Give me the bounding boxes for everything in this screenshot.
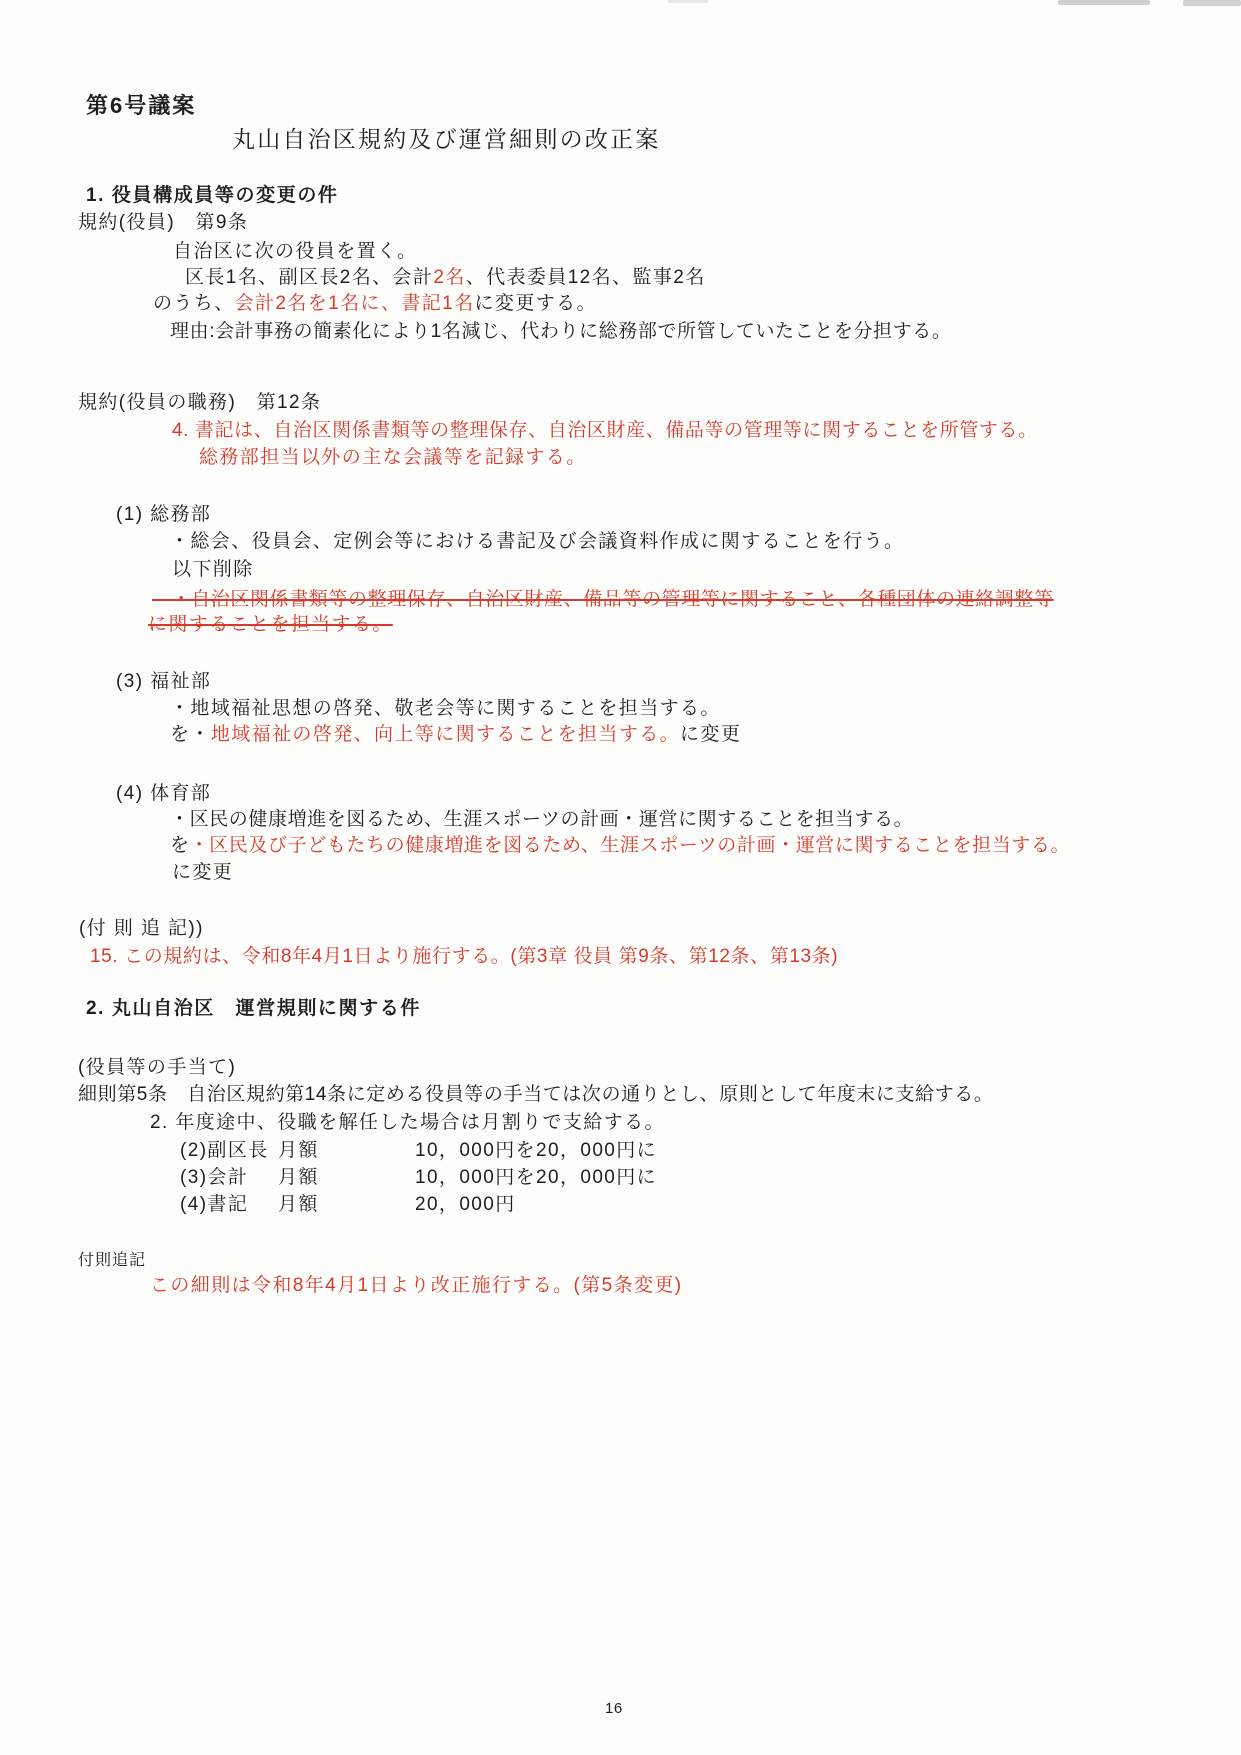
- allowance-row: (4)書記月額20，000円: [180, 1193, 516, 1217]
- text-segment: 区長1名、副区長2名、会計: [185, 267, 433, 288]
- article9-heading: 規約(役員) 第9条: [78, 211, 248, 235]
- allowance-amount: 10，000円を20，000円に: [415, 1167, 657, 1188]
- allowance-row: (2)副区長月額10，000円を20，000円に: [180, 1139, 657, 1163]
- article12-item4-revision: 4. 書記は、自治区関係書類等の整理保存、自治区財産、備品等の管理等に関すること…: [172, 419, 1038, 443]
- rule5-line: 細則第5条 自治区規約第14条に定める役員等の手当ては次の通りとし、原則として年…: [78, 1083, 994, 1107]
- rule-supplementary-heading: 付則追記: [78, 1251, 146, 1271]
- text-segment: に変更: [680, 724, 741, 745]
- allowance-row: (3)会計月額10，000円を20，000円に: [180, 1166, 657, 1190]
- article12-heading: 規約(役員の職務) 第12条: [78, 391, 321, 415]
- text-segment: に変更する。: [475, 293, 597, 314]
- allowance-role: (4)書記: [180, 1193, 278, 1217]
- document-title: 丸山自治区規約及び運営細則の改正案: [232, 125, 660, 154]
- deleted-text-line1: ・自治区関係書類等の整理保存、自治区財産、備品等の管理等に関すること、各種団体の…: [152, 588, 1054, 612]
- section2-heading: 2. 丸山自治区 運営規則に関する件: [86, 997, 421, 1021]
- rule5-item2-line: 2. 年度途中、役職を解任した場合は月割りで支給する。: [150, 1111, 665, 1135]
- allowance-label: 月額: [278, 1193, 415, 1217]
- text-segment: を・: [170, 724, 211, 745]
- allowance-amount: 10，000円を20，000円に: [415, 1140, 657, 1161]
- page-number: 16: [605, 1700, 623, 1719]
- allowance-subheading: (役員等の手当て): [78, 1056, 236, 1080]
- revision-text: 地域福祉の啓発、向上等に関することを担当する。: [211, 724, 680, 745]
- article9-line1: 自治区に次の役員を置く。: [173, 240, 417, 264]
- supplementary-note-line: 15. この規約は、令和8年4月1日より施行する。(第3章 役員 第9条、第12…: [90, 945, 838, 969]
- allowance-role: (3)会計: [180, 1166, 278, 1190]
- proposal-number-heading: 第6号議案: [86, 92, 196, 120]
- revision-text: 2名: [433, 267, 465, 288]
- dept1-duty-line: ・総会、役員会、定例会等における書記及び会議資料作成に関することを行う。: [170, 530, 904, 554]
- article12-item4-revision-cont: 総務部担当以外の主な会議等を記録する。: [199, 446, 587, 470]
- allowance-amount: 20，000円: [415, 1194, 516, 1215]
- supplementary-note-heading: (付 則 追 記)): [79, 917, 204, 941]
- dept3-duty-line: ・地域福祉思想の啓発、敬老会等に関することを担当する。: [170, 697, 721, 721]
- section1-heading: 1. 役員構成員等の変更の件: [86, 184, 339, 208]
- deleted-text-line2: に関することを担当する。: [148, 613, 393, 637]
- text-segment: 、代表委員12名、監事2名: [466, 267, 706, 288]
- scan-artifact: [1183, 0, 1241, 6]
- dept4-change-line: を・区民及び子どもたちの健康増進を図るため、生涯スポーツの計画・運営に関すること…: [170, 834, 1070, 858]
- rule-supplementary-line: この細則は令和8年4月1日より改正施行する。(第5条変更): [150, 1274, 683, 1298]
- dept4-duty-line: ・区民の健康増進を図るため、生涯スポーツの計画・運営に関することを担当する。: [170, 808, 913, 832]
- officer-composition-line: 区長1名、副区長2名、会計2名、代表委員12名、監事2名: [185, 266, 706, 290]
- deletion-note: 以下削除: [172, 558, 254, 582]
- scan-artifact: [668, 0, 708, 3]
- text-segment: のうち、: [153, 293, 235, 314]
- reason-line: 理由:会計事務の簡素化により1名減じ、代わりに総務部で所管していたことを分担する…: [170, 320, 951, 344]
- dept1-heading: (1) 総務部: [116, 503, 211, 527]
- allowance-label: 月額: [278, 1166, 415, 1190]
- scan-artifact: [1058, 0, 1150, 5]
- revision-text: 会計2名を1名に、書記1名: [235, 293, 475, 314]
- dept3-change-line: を・地域福祉の啓発、向上等に関することを担当する。に変更: [170, 723, 741, 747]
- allowance-label: 月額: [278, 1139, 415, 1163]
- dept4-change-suffix: に変更: [172, 861, 233, 885]
- dept4-heading: (4) 体育部: [116, 782, 211, 806]
- allowance-role: (2)副区長: [180, 1139, 278, 1163]
- revision-text: ・区民及び子どもたちの健康増進を図るため、生涯スポーツの計画・運営に関することを…: [190, 835, 1070, 856]
- change-summary-line: のうち、会計2名を1名に、書記1名に変更する。: [153, 292, 597, 316]
- text-segment: を: [170, 835, 190, 856]
- scanned-document-page: 第6号議案 丸山自治区規約及び運営細則の改正案 1. 役員構成員等の変更の件 規…: [0, 0, 1241, 1755]
- dept3-heading: (3) 福祉部: [116, 670, 211, 694]
